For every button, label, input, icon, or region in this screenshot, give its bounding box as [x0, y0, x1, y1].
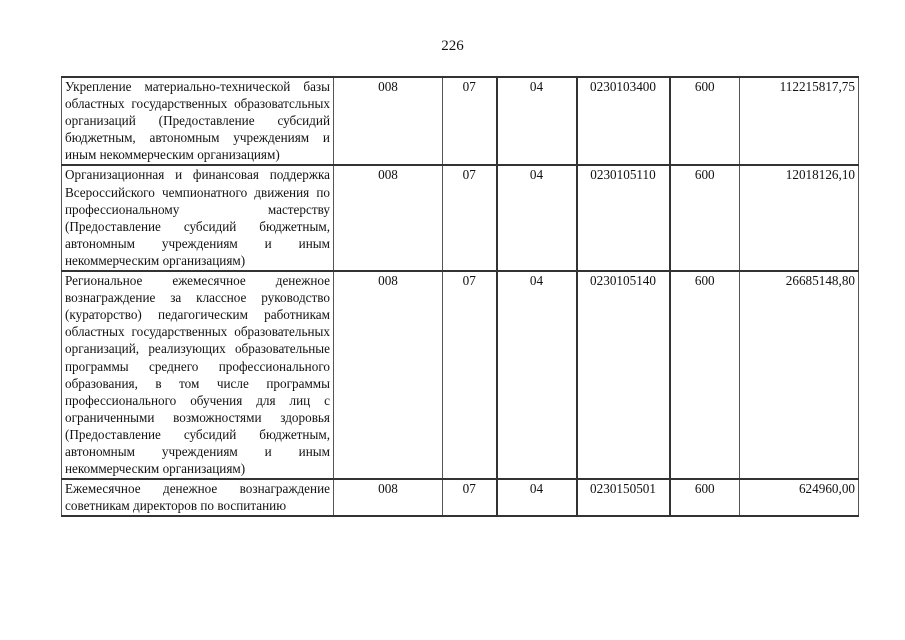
section-code: 07: [443, 271, 497, 479]
amount: 12018126,10: [740, 165, 859, 271]
amount: 624960,00: [740, 479, 859, 516]
expense-type-code: 600: [670, 271, 740, 479]
row-description: Организационная и финансовая поддержка В…: [62, 165, 334, 271]
target-article-code: 0230150501: [577, 479, 670, 516]
table-row: Ежемесячное денежное вознаграждение сове…: [62, 479, 859, 516]
row-description: Ежемесячное денежное вознаграждение сове…: [62, 479, 334, 516]
amount: 112215817,75: [740, 77, 859, 165]
subsection-code: 04: [497, 165, 577, 271]
section-code: 07: [443, 479, 497, 516]
ministry-code: 008: [334, 165, 443, 271]
table-row: Укрепление материально-технической базы …: [62, 77, 859, 165]
budget-table: Укрепление материально-технической базы …: [61, 76, 859, 517]
section-code: 07: [443, 165, 497, 271]
amount: 26685148,80: [740, 271, 859, 479]
target-article-code: 0230105140: [577, 271, 670, 479]
row-description: Укрепление материально-технической базы …: [62, 77, 334, 165]
ministry-code: 008: [334, 479, 443, 516]
table-row: Региональное ежемесячное денежное вознаг…: [62, 271, 859, 479]
ministry-code: 008: [334, 77, 443, 165]
subsection-code: 04: [497, 77, 577, 165]
ministry-code: 008: [334, 271, 443, 479]
subsection-code: 04: [497, 271, 577, 479]
target-article-code: 0230103400: [577, 77, 670, 165]
table-row: Организационная и финансовая поддержка В…: [62, 165, 859, 271]
row-description: Региональное ежемесячное денежное вознаг…: [62, 271, 334, 479]
subsection-code: 04: [497, 479, 577, 516]
target-article-code: 0230105110: [577, 165, 670, 271]
section-code: 07: [443, 77, 497, 165]
expense-type-code: 600: [670, 77, 740, 165]
expense-type-code: 600: [670, 165, 740, 271]
expense-type-code: 600: [670, 479, 740, 516]
page-number: 226: [0, 38, 905, 55]
